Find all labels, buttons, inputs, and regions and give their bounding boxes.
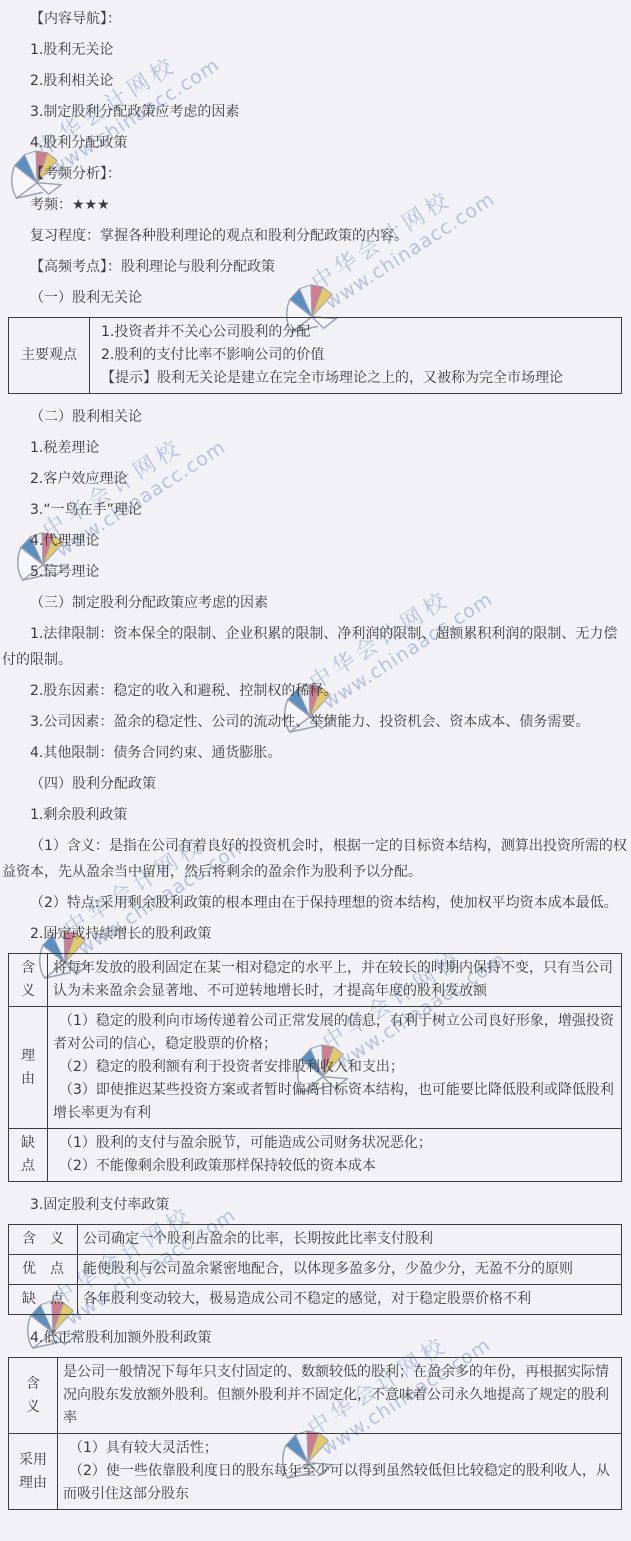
row-label: 含 义 [9,1225,78,1255]
theory-item-5: 5.信号理论 [2,559,629,585]
policy-4-title: 4.低正常股利加额外股利政策 [2,1325,629,1351]
freq-stars-line: 考频：★★★ [2,192,629,218]
table-row: 缺点 （1）股利的支付与盈余脱节，可能造成公司财务状况恶化；（2）不能像剩余股利… [9,1129,622,1182]
row-label: 优 点 [9,1255,78,1285]
section-1-title: （一）股利无关论 [2,285,629,311]
document-body: 【内容导航】： 1.股利无关论 2.股利相关论 3.制定股利分配政策应考虑的因素… [0,0,631,1510]
factor-item-1: 1.法律限制：资本保全的限制、企业积累的限制、净利润的限制、超额累积利润的限制、… [2,621,629,673]
policy-1-meaning: （1）含义：是指在公司有着良好的投资机会时，根据一定的目标资本结构，测算出投资所… [2,833,629,885]
policy-3-title: 3.固定股利支付率政策 [2,1192,629,1218]
row-label: 含义 [9,1358,58,1434]
row-content: （1）股利的支付与盈余脱节，可能造成公司财务状况恶化；（2）不能像剩余股利政策那… [48,1129,622,1182]
table-row: 含 义 公司确定一个股利占盈余的比率，长期按此比率支付股利 [9,1225,622,1255]
row-content: 1.投资者并不关心公司股利的分配2.股利的支付比率不影响公司的价值【提示】股利无… [90,318,622,394]
content-nav-header: 【内容导航】： [2,6,629,32]
row-content: 公司确定一个股利占盈余的比率，长期按此比率支付股利 [78,1225,622,1255]
hot-point-line: 【高频考点】：股利理论与股利分配政策 [2,254,629,280]
theory-item-4: 4.代理理论 [2,528,629,554]
row-content: （1）具有较大灵活性；（2）使一些依靠股利度日的股东每年至少可以得到虽然较低但比… [58,1434,622,1510]
section-4-title: （四）股利分配政策 [2,771,629,797]
theory-item-2: 2.客户效应理论 [2,466,629,492]
section-2-title: （二）股利相关论 [2,404,629,430]
nav-item-3: 3.制定股利分配政策应考虑的因素 [2,99,629,125]
row-label: 主要观点 [9,318,90,394]
policy-2-title: 2.固定或持续增长的股利政策 [2,921,629,947]
row-label: 缺点 [9,1129,48,1182]
table-fixed-payout-policy: 含 义 公司确定一个股利占盈余的比率，长期按此比率支付股利 优 点 能使股利与公… [8,1224,622,1315]
row-label: 采用理由 [9,1434,58,1510]
factor-item-3: 3.公司因素：盈余的稳定性、公司的流动性、举债能力、投资机会、资本成本、债务需要… [2,709,629,735]
row-content: 能使股利与公司盈余紧密地配合，以体现多盈多分，少盈少分，无盈不分的原则 [78,1255,622,1285]
factor-item-2: 2.股东因素：稳定的收入和避税、控制权的稀释。 [2,678,629,704]
row-content: （1）稳定的股利向市场传递着公司正常发展的信息，有利于树立公司良好形象，增强投资… [48,1007,622,1129]
row-label: 缺 点 [9,1285,78,1315]
table-row: 主要观点 1.投资者并不关心公司股利的分配2.股利的支付比率不影响公司的价值【提… [9,318,622,394]
nav-item-1: 1.股利无关论 [2,37,629,63]
table-dividend-irrelevance: 主要观点 1.投资者并不关心公司股利的分配2.股利的支付比率不影响公司的价值【提… [8,317,622,394]
table-low-regular-extra-policy: 含义 是公司一般情况下每年只支付固定的、数额较低的股利；在盈余多的年份，再根据实… [8,1357,622,1510]
review-level-line: 复习程度：掌握各种股利理论的观点和股利分配政策的内容。 [2,223,629,249]
table-row: 含义 是公司一般情况下每年只支付固定的、数额较低的股利；在盈余多的年份，再根据实… [9,1358,622,1434]
policy-1-title: 1.剩余股利政策 [2,802,629,828]
policy-1-feature: （2）特点:采用剩余股利政策的根本理由在于保持理想的资本结构，使加权平均资本成本… [2,890,629,916]
row-content: 将每年发放的股利固定在某一相对稳定的水平上，并在较长的时期内保持不变，只有当公司… [48,954,622,1007]
lecture-page: 中华会计网校 www.chinaacc.com 中华会计网校 www.china… [0,0,631,1541]
row-content: 各年股利变动较大，极易造成公司不稳定的感觉，对于稳定股票价格不利 [78,1285,622,1315]
table-row: 优 点 能使股利与公司盈余紧密地配合，以体现多盈多分，少盈少分，无盈不分的原则 [9,1255,622,1285]
theory-item-1: 1.税差理论 [2,435,629,461]
table-row: 含义 将每年发放的股利固定在某一相对稳定的水平上，并在较长的时期内保持不变，只有… [9,954,622,1007]
table-row: 理由 （1）稳定的股利向市场传递着公司正常发展的信息，有利于树立公司良好形象，增… [9,1007,622,1129]
freq-analysis-header: 【考频分析】： [2,161,629,187]
table-row: 采用理由 （1）具有较大灵活性；（2）使一些依靠股利度日的股东每年至少可以得到虽… [9,1434,622,1510]
table-stable-dividend-policy: 含义 将每年发放的股利固定在某一相对稳定的水平上，并在较长的时期内保持不变，只有… [8,953,622,1182]
section-3-title: （三）制定股利分配政策应考虑的因素 [2,590,629,616]
row-content: 是公司一般情况下每年只支付固定的、数额较低的股利；在盈余多的年份，再根据实际情况… [58,1358,622,1434]
factor-item-4: 4.其他限制：债务合同约束、通货膨胀。 [2,740,629,766]
nav-item-2: 2.股利相关论 [2,68,629,94]
theory-item-3: 3.“一鸟在手”理论 [2,497,629,523]
table-row: 缺 点 各年股利变动较大，极易造成公司不稳定的感觉，对于稳定股票价格不利 [9,1285,622,1315]
row-label: 理由 [9,1007,48,1129]
nav-item-4: 4.股利分配政策 [2,130,629,156]
row-label: 含义 [9,954,48,1007]
